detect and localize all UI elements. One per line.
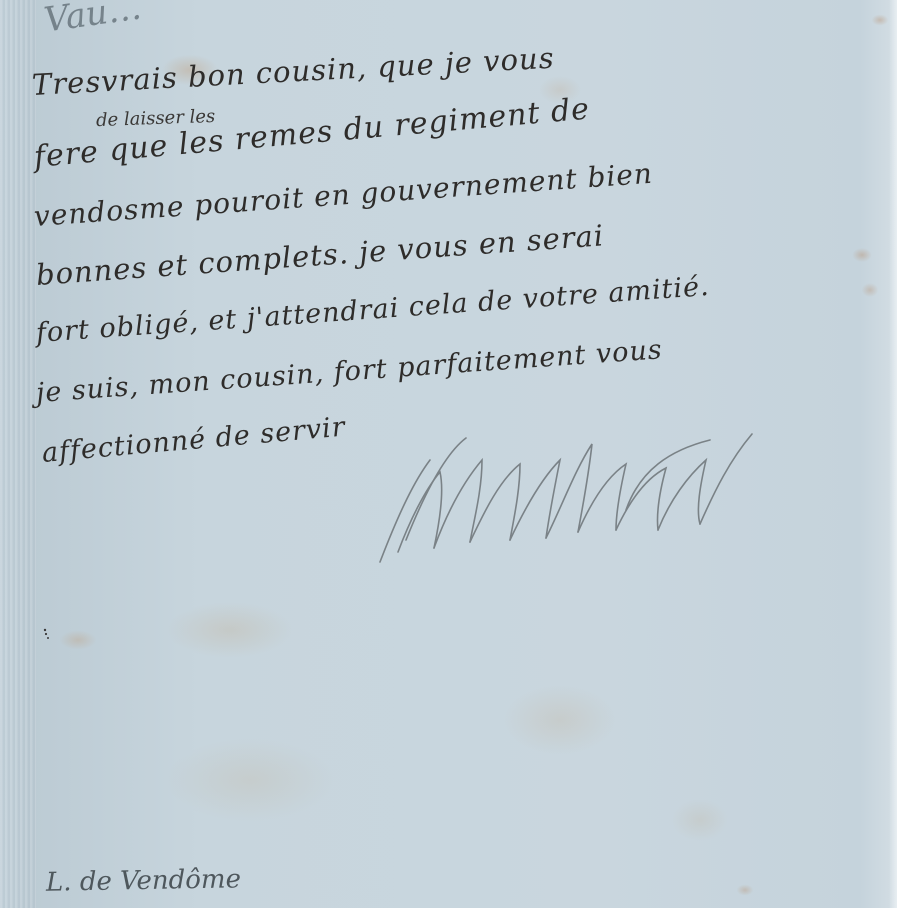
paper-edge-highlight: [889, 0, 897, 908]
signature: Cesar de Vendosme: [370, 420, 770, 570]
bottom-attribution-note: L. de Vendôme: [46, 864, 241, 897]
paper-edge-texture: [0, 0, 36, 908]
letter-line-1: Tresvrais bon cousin, que je vous: [31, 41, 555, 102]
letter-page: Vau… Tresvrais bon cousin, que je vous d…: [0, 0, 897, 908]
signature-flourish-icon: [370, 420, 770, 570]
letter-line-6: je suis, mon cousin, fort parfaitement v…: [35, 334, 664, 409]
ink-speck-icon: [42, 628, 52, 642]
top-archival-note: Vau…: [42, 0, 144, 41]
letter-line-2: fere que les remes du regiment de: [32, 91, 591, 174]
letter-line-7: affectionné de servir: [41, 412, 347, 469]
letter-line-4: bonnes et complets. je vous en serai: [35, 218, 605, 292]
